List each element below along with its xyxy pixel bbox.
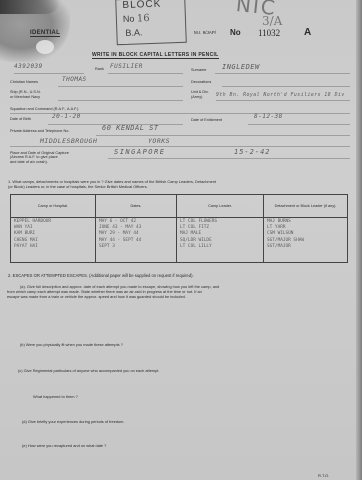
confidential-label: IDENTIAL bbox=[30, 30, 60, 37]
rto-label: R.T.O. bbox=[318, 473, 329, 478]
ship-label-l2: or Merchant Navy bbox=[10, 95, 40, 99]
block-stamp: BLOCK No 16 B.A. bbox=[115, 0, 187, 45]
form-reference: M.I. 9/JAP/ bbox=[194, 30, 216, 35]
camp-cell: KEPPEL HARBOUR WAN YAI KAM BURI CHENG MA… bbox=[11, 218, 96, 263]
col-camp: Camp or Hospital. bbox=[11, 195, 96, 218]
ship-label-l1: Ship (R.N., U.S.N. bbox=[10, 90, 41, 94]
decorations-label: Decorations bbox=[191, 80, 211, 84]
address-label: Private Address and Telephone No. bbox=[10, 129, 69, 133]
table-row: KEPPEL HARBOUR WAN YAI KAM BURI CHENG MA… bbox=[11, 218, 348, 263]
ship-label: Ship (R.N., U.S.N.or Merchant Navy bbox=[10, 90, 41, 99]
stamp-no-value: 16 bbox=[137, 13, 150, 24]
stamp-no-label: No bbox=[123, 14, 135, 24]
section2-b: (b) Were you physically fit when you mad… bbox=[20, 342, 123, 347]
stamp-number: No 16 bbox=[123, 13, 150, 25]
capture-label-l3: and date of a/c crash). bbox=[10, 160, 48, 164]
section2-e: (e) How were you recaptured and on what … bbox=[22, 443, 106, 448]
handwritten-annotation-2: 3/A bbox=[262, 14, 282, 28]
section2-a-line3: escape was made from a train or vehicle … bbox=[7, 294, 186, 299]
col-dates: Dates. bbox=[96, 195, 177, 218]
surname-value: INGLEDEW bbox=[222, 63, 260, 71]
surname-label: Surname bbox=[191, 68, 206, 72]
stamp-block: BLOCK bbox=[122, 0, 161, 11]
section1-question-line2: (or Block) Leaders or, in the case of ho… bbox=[8, 184, 148, 189]
address-line2-county: YORKS bbox=[148, 137, 170, 145]
col-detachment-leader: Detachment or Block Leader (if any). bbox=[264, 195, 348, 218]
capture-label-l1: Place and Date of Original Capture bbox=[10, 151, 69, 155]
camp-leader-cell: LT COL FLOWERS LT COL FITZ MAJ MALE SQ/L… bbox=[177, 218, 264, 263]
form-page: IDENTIAL BLOCK No 16 B.A. NIC 3/A M.I. 9… bbox=[0, 0, 356, 480]
form-suffix: A bbox=[304, 27, 311, 38]
capture-label-l2: (Aircrew R.A.F. to give place bbox=[10, 155, 58, 159]
dob-label: Date of Birth bbox=[10, 117, 31, 121]
enlistment-label: Date of Enlistment bbox=[191, 118, 222, 122]
rank-value: FUSILIER bbox=[110, 63, 143, 70]
dates-4: SEPT 3 bbox=[99, 244, 173, 250]
col-camp-leader: Camp Leader. bbox=[177, 195, 264, 218]
dates-cell: MAY 6 - OCT 42 JUNE 43 - MAY 43 MAY 29 -… bbox=[96, 218, 177, 263]
stamp-ba: B.A. bbox=[125, 27, 142, 38]
unit-label-l2: (Army) bbox=[191, 95, 202, 99]
section2-c-followup: What happened to them ? bbox=[33, 394, 78, 399]
christian-names-value: THOMAS bbox=[62, 76, 87, 83]
thumbnail-highlight bbox=[36, 40, 54, 54]
instruction-heading: WRITE IN BLOCK CAPITAL LETTERS IN PENCIL bbox=[92, 52, 219, 59]
detachment-leader-cell: MAJ BURNS LT YARR CSM WILSON SGT/MAJOR S… bbox=[264, 218, 348, 263]
capture-date: 15-2-42 bbox=[234, 148, 271, 156]
enlistment-value: 8-12-38 bbox=[254, 113, 283, 120]
form-number: 11032 bbox=[258, 28, 280, 38]
service-number-value: 4392039 bbox=[14, 63, 43, 70]
page-edge-shadow bbox=[356, 0, 362, 480]
det-leader-4: SGT/MAJOR bbox=[267, 244, 344, 250]
capture-place: SINGAPORE bbox=[114, 148, 165, 156]
rank-label: Rank bbox=[95, 67, 104, 71]
section2-d: (d) Give briefly your experiences during… bbox=[22, 419, 125, 424]
address-line2-city: MIDDLESBROUGH bbox=[40, 137, 97, 145]
unit-label-l1: Unit & Div. bbox=[191, 90, 209, 94]
unit-label: Unit & Div.(Army) bbox=[191, 90, 209, 99]
section2-heading: 2. ESCAPES OR ATTEMPTED ESCAPES. (Additi… bbox=[8, 273, 194, 278]
unit-value: 9th Bn. Royal North'd Fusiliers 18 Div bbox=[216, 93, 345, 98]
squadron-label: Squadron and Command (R.A.F., A.A.F.) bbox=[10, 107, 78, 111]
capture-label: Place and Date of Original Capture(Aircr… bbox=[10, 151, 69, 164]
camps-table: Camp or Hospital. Dates. Camp Leader. De… bbox=[10, 194, 348, 263]
number-label: No bbox=[230, 28, 241, 37]
christian-names-label: Christian Names bbox=[10, 80, 38, 84]
section2-c: (c) Give Regimental particulars of anyon… bbox=[18, 368, 159, 373]
camp-4: PAYAT HAI bbox=[14, 244, 92, 250]
address-line1: 60 KENDAL ST bbox=[102, 124, 159, 132]
leader-4: LT COL LILLY bbox=[180, 244, 260, 250]
thumb-shadow bbox=[0, 0, 60, 14]
camps-table-header: Camp or Hospital. Dates. Camp Leader. De… bbox=[11, 195, 348, 218]
dob-value: 20-1-20 bbox=[52, 113, 81, 120]
